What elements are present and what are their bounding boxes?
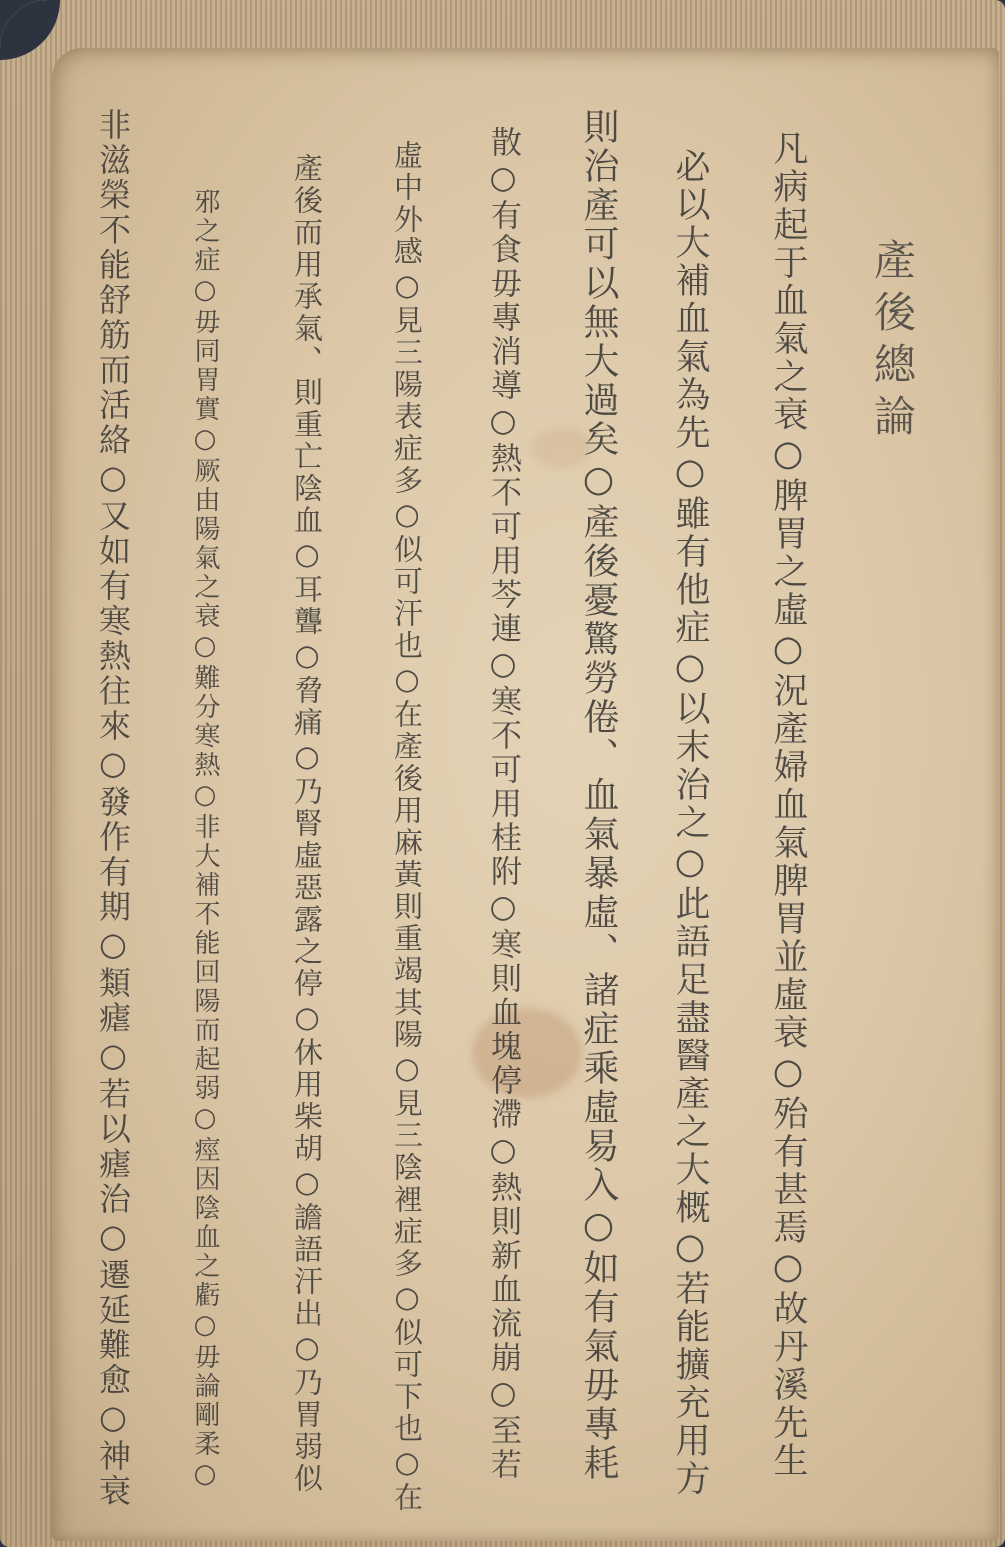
text-column-4: 散○有食毋專消導○熱不可用芩連○寒不可用桂附○寒則血塊停滯○熱則新血流崩○至若 [487, 126, 518, 1482]
text-column-8: 非滋榮不能舒筋而活絡○又如有寒熱往來○發作有期○類瘧○若以瘧治○遷延難愈○神衰 [97, 108, 129, 1509]
text-column-6: 產後而用承氣、則重亡陰血○耳聾○脅痛○乃腎虛惡露之停○休用柴胡○譫語汗出○乃胃弱… [292, 153, 321, 1495]
text-columns: 產後總論 凡病起于血氣之衰○脾胃之虛○況產婦血氣脾胃並虛衰○殆有甚焉○故丹溪先生… [52, 48, 999, 1541]
text-column-2: 必以大補血氣為先○雖有他症○以末治之○此語足盡醫產之大概○若能擴充用方 [672, 148, 707, 1498]
manuscript-page: 產後總論 凡病起于血氣之衰○脾胃之虛○況產婦血氣脾胃並虛衰○殆有甚焉○故丹溪先生… [52, 48, 999, 1541]
text-column-7: 邪之症○毋同胃實○厥由陽氣之衰○難分寒熱○非大補不能回陽而起弱○痙因陰血之虧○毋… [192, 188, 218, 1492]
text-column-1: 凡病起于血氣之衰○脾胃之虛○況產婦血氣脾胃並虛衰○殆有甚焉○故丹溪先生 [770, 130, 805, 1480]
manuscript-book: 產後總論 凡病起于血氣之衰○脾胃之虛○況產婦血氣脾胃並虛衰○殆有甚焉○故丹溪先生… [0, 0, 1005, 1547]
page-title: 產後總論 [862, 238, 922, 446]
text-column-5: 虛中外感○見三陽表症多○似可汗也○在產後用麻黃則重竭其陽○見三陰裡症多○似可下也… [392, 140, 421, 1514]
text-column-3: 則治產可以無大過矣○產後憂驚勞倦、血氣暴虛、諸症乘虛易入○如有氣毋專耗 [580, 108, 616, 1483]
